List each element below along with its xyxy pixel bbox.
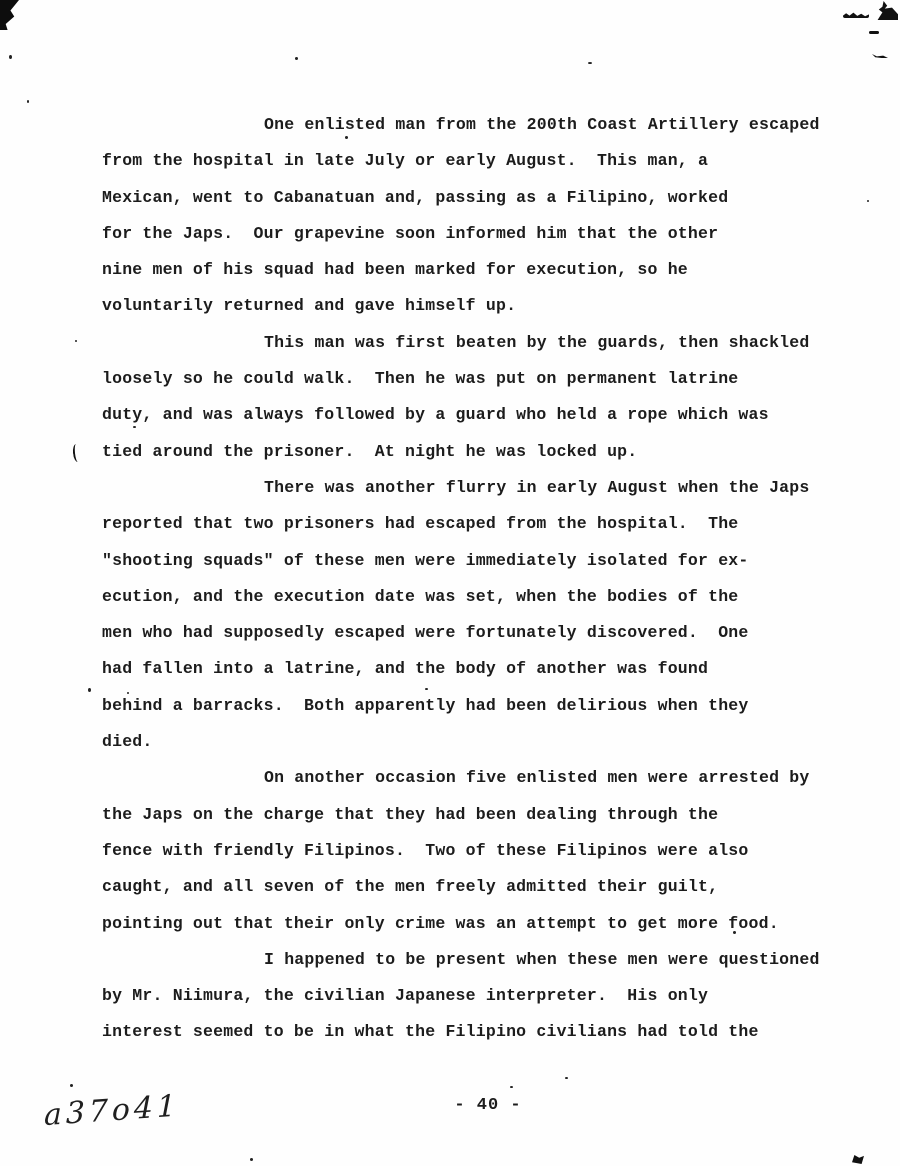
text-line: pointing out that their only crime was a… (102, 911, 822, 947)
scan-corner-blob (0, 0, 19, 30)
scan-smudge (843, 12, 869, 18)
text-line: interest seemed to be in what the Filipi… (102, 1019, 822, 1055)
handwritten-annotation: a37o41 (44, 1088, 180, 1133)
text-line: nine men of his squad had been marked fo… (102, 257, 822, 293)
text-line: ecution, and the execution date was set,… (102, 584, 822, 620)
scan-speck (588, 62, 592, 64)
scan-speck (250, 1158, 253, 1161)
scan-pen-mark (72, 444, 82, 463)
text-line: by Mr. Niimura, the civilian Japanese in… (102, 983, 822, 1019)
text-line: the Japs on the charge that they had bee… (102, 802, 822, 838)
text-line: Mexican, went to Cabanatuan and, passing… (102, 185, 822, 221)
text-line: reported that two prisoners had escaped … (102, 511, 822, 547)
scan-speck (510, 1086, 513, 1088)
text-line: had fallen into a latrine, and the body … (102, 656, 822, 692)
scan-speck (867, 200, 869, 202)
text-line: fence with friendly Filipinos. Two of th… (102, 838, 822, 874)
text-line: I happened to be present when these men … (102, 947, 822, 983)
scanned-document-page: One enlisted man from the 200th Coast Ar… (0, 0, 900, 1166)
text-line: "shooting squads" of these men were imme… (102, 548, 822, 584)
text-line: duty, and was always followed by a guard… (102, 402, 822, 438)
text-line: tied around the prisoner. At night he wa… (102, 439, 822, 475)
scan-speck (88, 688, 91, 692)
text-line: from the hospital in late July or early … (102, 148, 822, 184)
scan-smudge (852, 1155, 864, 1164)
scan-speck (9, 55, 12, 59)
scan-speck (75, 340, 77, 342)
scan-speck (27, 100, 29, 103)
text-line: There was another flurry in early August… (102, 475, 822, 511)
text-line: died. (102, 729, 822, 765)
page-number: - 40 - (428, 1096, 548, 1115)
scan-speck (565, 1077, 568, 1079)
scan-smudge (874, 1, 898, 20)
text-line: behind a barracks. Both apparently had b… (102, 693, 822, 729)
scan-speck (295, 57, 298, 60)
text-line: voluntarily returned and gave himself up… (102, 293, 822, 329)
scan-speck (70, 1084, 73, 1087)
scan-smudge (869, 31, 879, 34)
text-line: loosely so he could walk. Then he was pu… (102, 366, 822, 402)
text-line: men who had supposedly escaped were fort… (102, 620, 822, 656)
text-line: caught, and all seven of the men freely … (102, 874, 822, 910)
text-line: This man was first beaten by the guards,… (102, 330, 822, 366)
text-line: On another occasion five enlisted men we… (102, 765, 822, 801)
text-line: for the Japs. Our grapevine soon informe… (102, 221, 822, 257)
typewritten-body: One enlisted man from the 200th Coast Ar… (102, 112, 822, 1056)
text-line: One enlisted man from the 200th Coast Ar… (102, 112, 822, 148)
scan-smudge (872, 54, 888, 58)
